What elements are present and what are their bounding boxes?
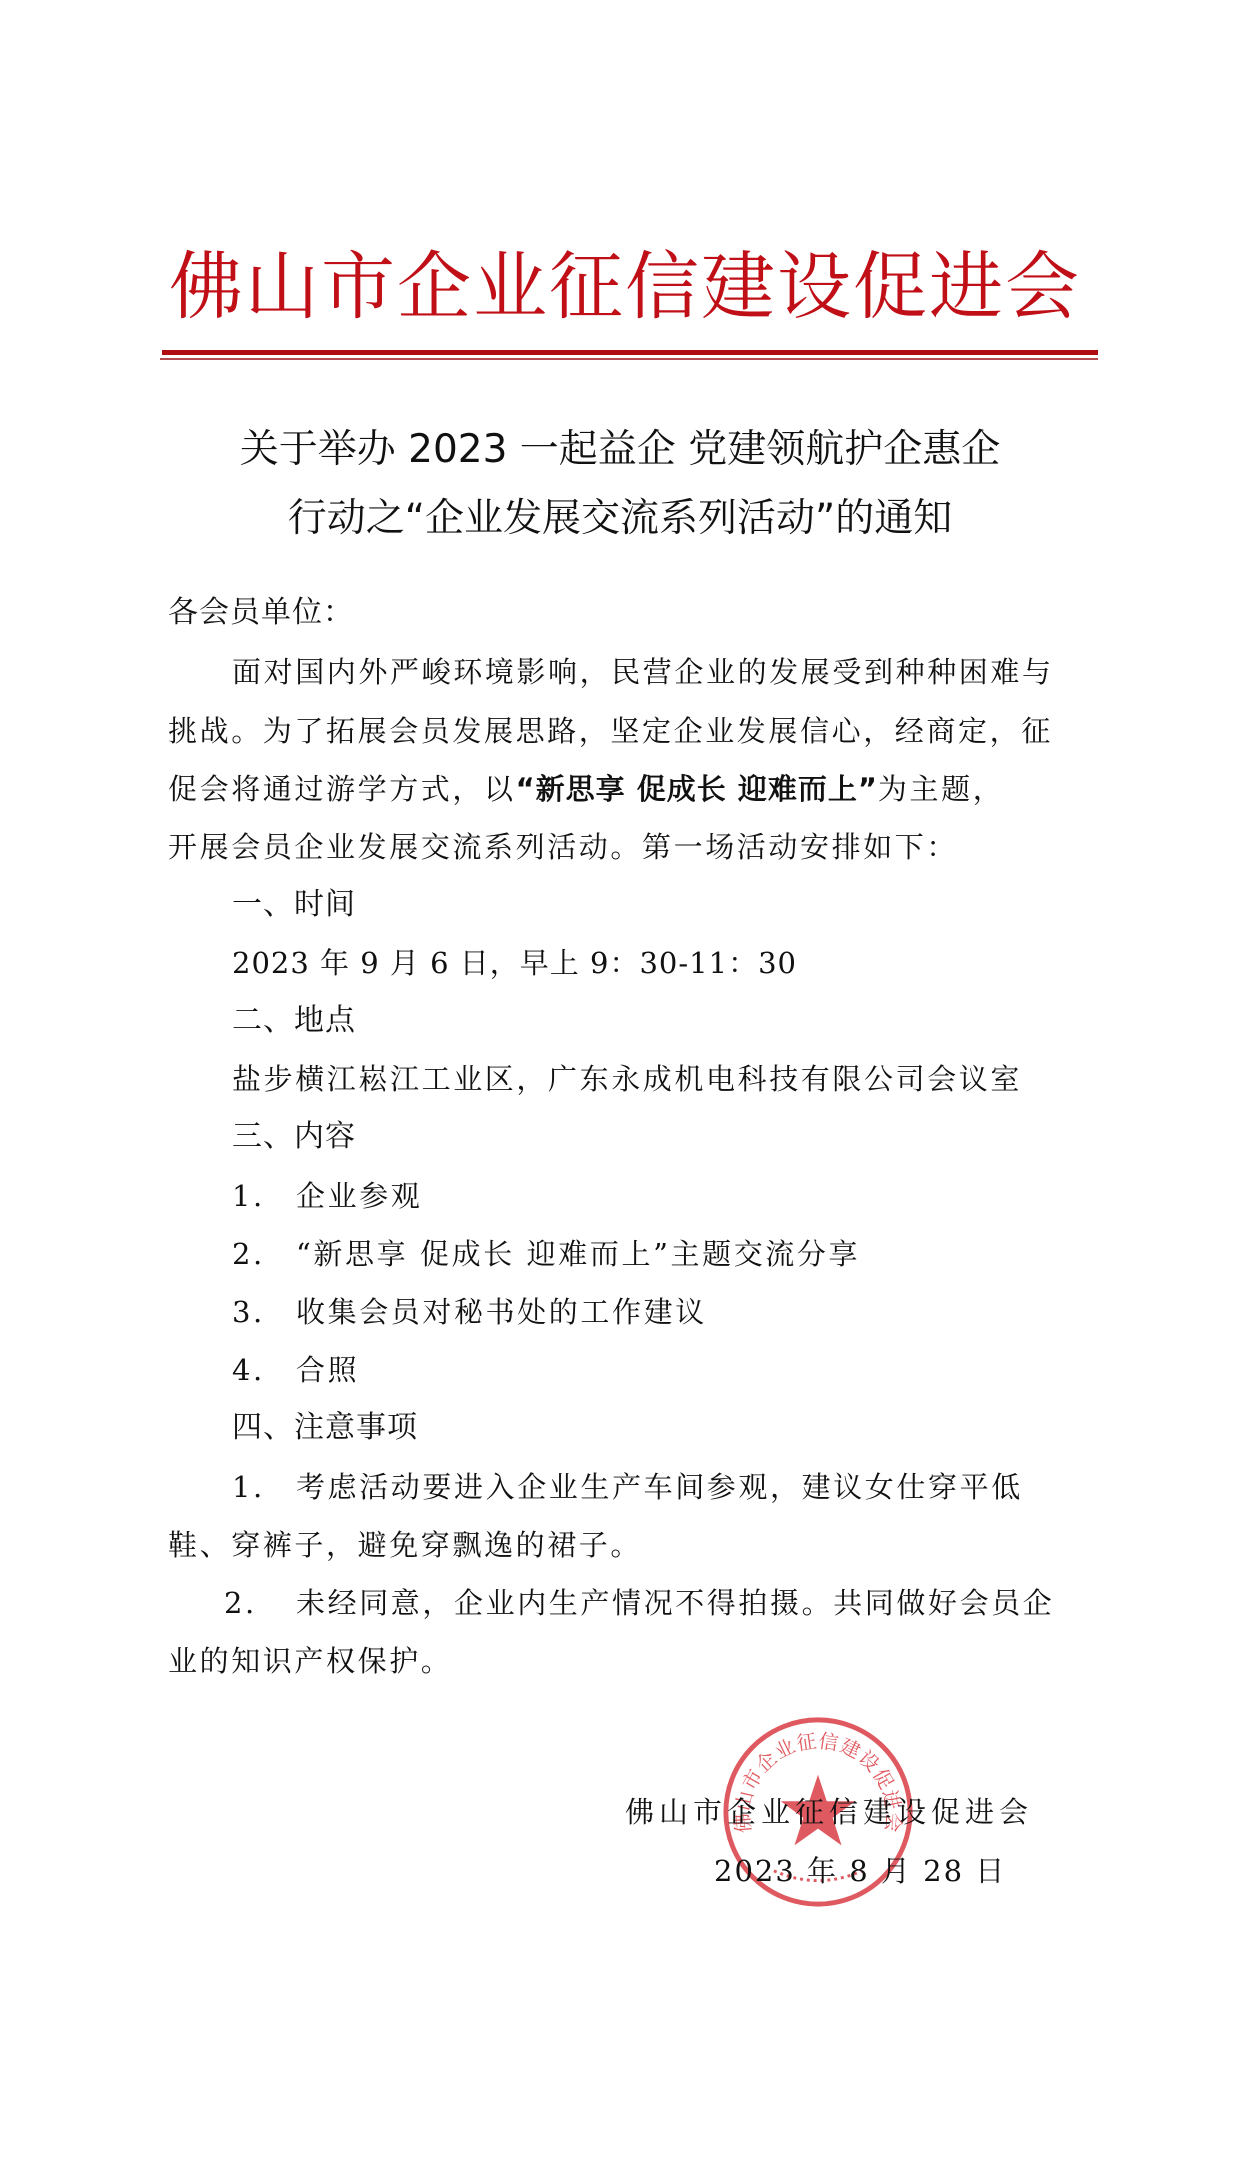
section-heading-notes: 四、注意事项 <box>232 1399 418 1457</box>
intro-line-3-post: 为主题， <box>878 772 1004 806</box>
section-heading-location: 二、地点 <box>232 992 356 1050</box>
section-heading-content: 三、内容 <box>232 1108 356 1166</box>
note-item-number: 2. <box>224 1574 296 1632</box>
letterhead-divider-thick <box>162 350 1098 355</box>
event-time: 2023 年 9 月 6 日，早上 9：30-11：30 <box>232 934 797 992</box>
content-item: 1.企业参观 <box>232 1167 422 1225</box>
note-item: 1.考虑活动要进入企业生产车间参观，建议女仕穿平低 <box>232 1458 1023 1516</box>
intro-line-3-pre: 促会将通过游学方式，以 <box>168 772 516 806</box>
note-item-text: 未经同意，企业内生产情况不得拍摄。共同做好会员企 <box>296 1586 1054 1620</box>
note-item-number: 1. <box>232 1458 296 1516</box>
note-item: 2.未经同意，企业内生产情况不得拍摄。共同做好会员企 <box>224 1574 1054 1632</box>
content-item-text: “新思享 促成长 迎难而上”主题交流分享 <box>296 1237 860 1271</box>
note-item-text: 考虑活动要进入企业生产车间参观，建议女仕穿平低 <box>296 1470 1023 1504</box>
event-location: 盐步横江崧江工业区，广东永成机电科技有限公司会议室 <box>232 1050 1022 1108</box>
note-item-continuation: 业的知识产权保护。 <box>168 1632 452 1690</box>
content-item: 2.“新思享 促成长 迎难而上”主题交流分享 <box>232 1225 860 1283</box>
section-heading-time: 一、时间 <box>232 876 356 934</box>
notice-title-line-2: 行动之“企业发展交流系列活动”的通知 <box>160 494 1080 544</box>
letterhead-divider-thin <box>160 358 1098 360</box>
content-item-number: 1. <box>232 1167 296 1225</box>
content-item-number: 2. <box>232 1225 296 1283</box>
theme-slogan: “新思享 促成长 迎难而上” <box>516 772 878 806</box>
content-item-number: 4. <box>232 1341 296 1399</box>
content-item-text: 企业参观 <box>296 1179 422 1213</box>
content-item-number: 3. <box>232 1283 296 1341</box>
letterhead-organization-name: 佛山市企业征信建设促进会 <box>160 245 1090 329</box>
content-item-text: 合照 <box>296 1353 359 1387</box>
content-item: 4.合照 <box>232 1341 359 1399</box>
intro-line-3: 促会将通过游学方式，以“新思享 促成长 迎难而上”为主题， <box>168 760 1004 818</box>
content-item: 3.收集会员对秘书处的工作建议 <box>232 1283 707 1341</box>
signature-date: 2023 年 8 月 28 日 <box>714 1842 1006 1900</box>
intro-line-2: 挑战。为了拓展会员发展思路，坚定企业发展信心，经商定，征 <box>168 702 1053 760</box>
content-item-text: 收集会员对秘书处的工作建议 <box>296 1295 707 1329</box>
salutation: 各会员单位： <box>168 584 354 642</box>
notice-title-line-1: 关于举办 2023 一起益企 党建领航护企惠企 <box>160 425 1080 475</box>
intro-line-1: 面对国内外严峻环境影响，民营企业的发展受到种种困难与 <box>232 643 1054 701</box>
intro-line-4: 开展会员企业发展交流系列活动。第一场活动安排如下： <box>168 818 958 876</box>
note-item-continuation: 鞋、穿裤子，避免穿飘逸的裙子。 <box>168 1516 642 1574</box>
signature-organization: 佛山市企业征信建设促进会 <box>625 1783 1033 1841</box>
